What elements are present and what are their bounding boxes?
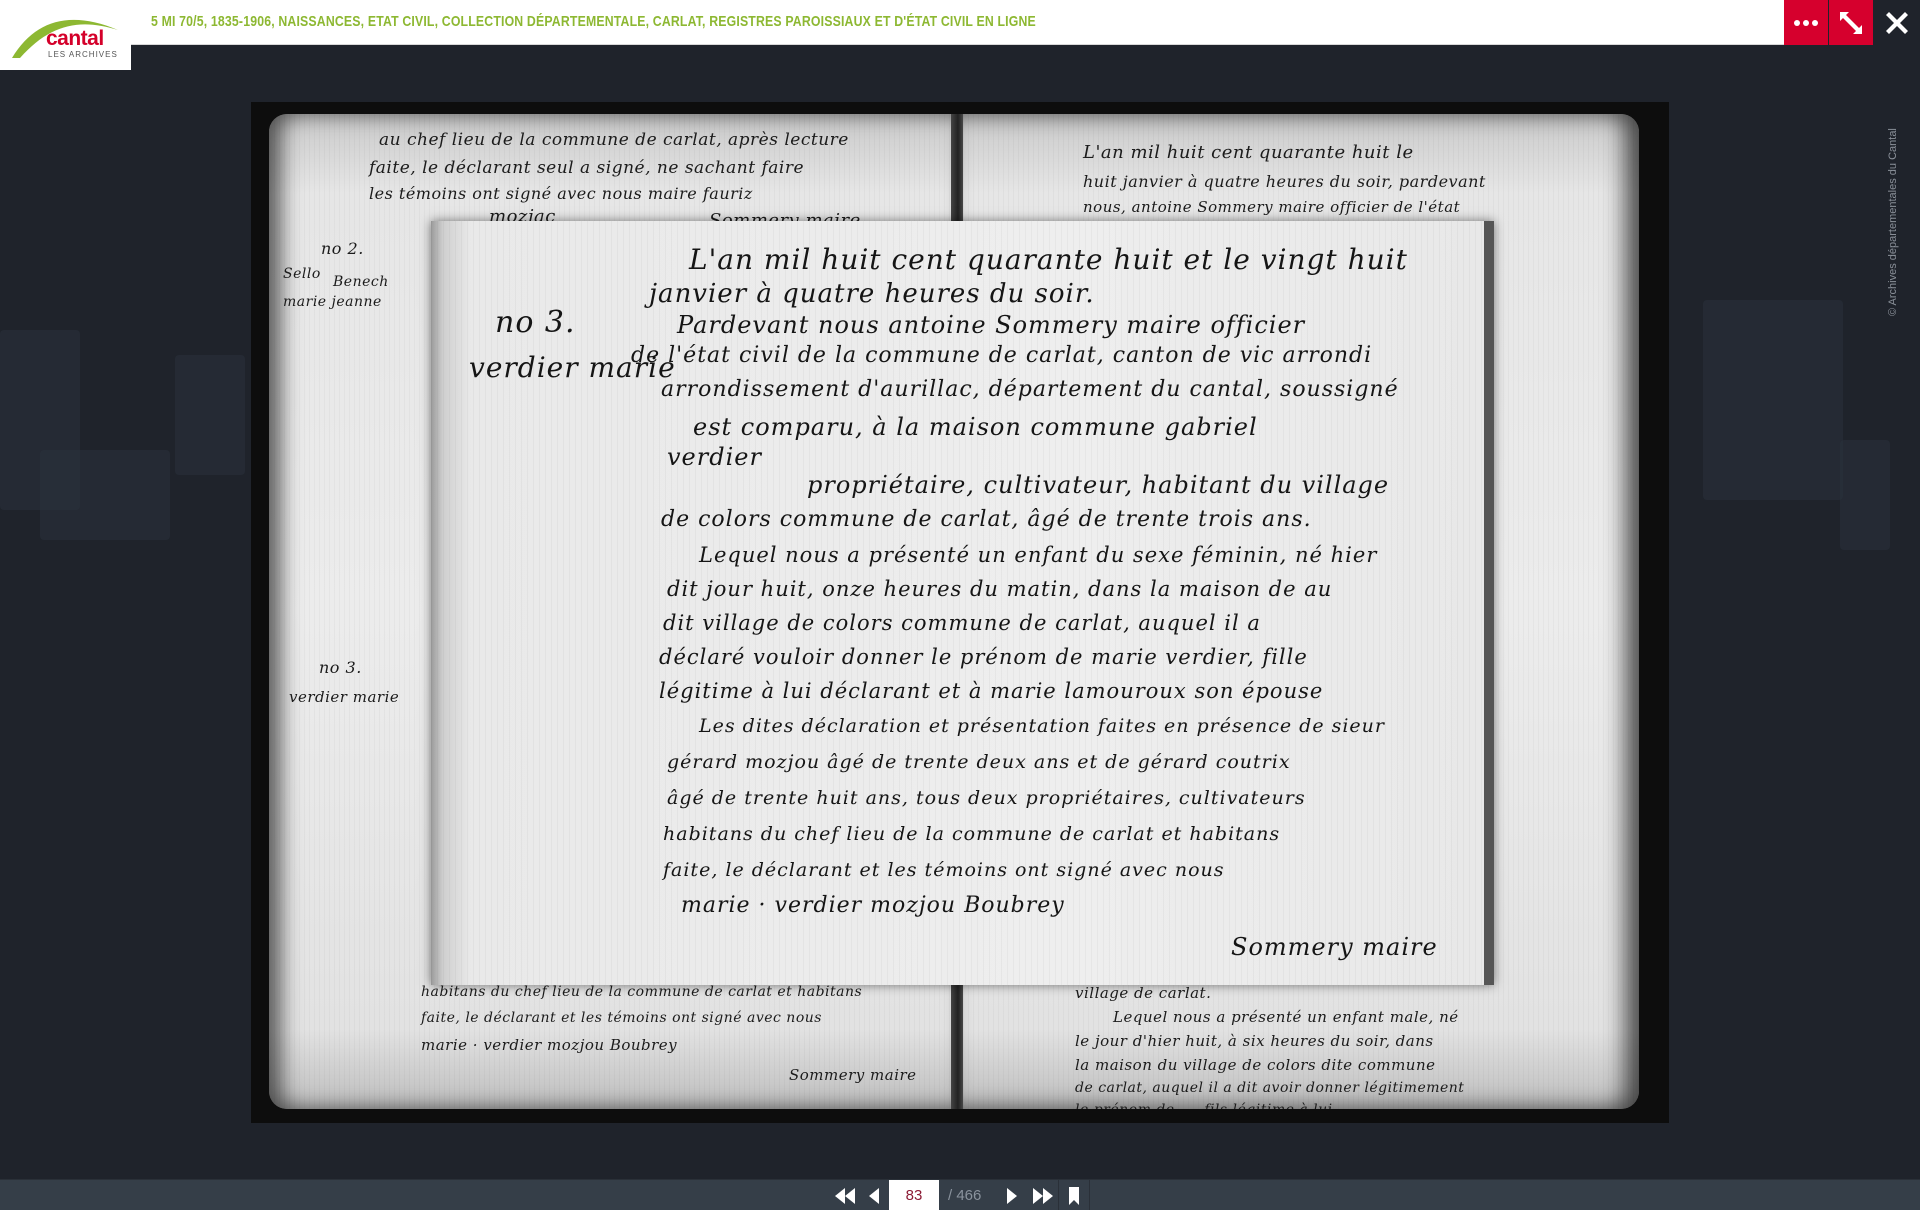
page-total: / 466 — [948, 1187, 981, 1204]
margin-number: no 3. — [495, 305, 576, 340]
background-illustration-right — [1840, 440, 1890, 550]
divider — [1089, 1180, 1090, 1210]
transcript-line: Pardevant nous antoine Sommery maire off… — [677, 311, 1305, 339]
transcript-line: arrondissement d'aurillac, département d… — [661, 377, 1399, 402]
last-page-button[interactable] — [1028, 1180, 1058, 1210]
background-illustration-playing-card — [1703, 300, 1843, 500]
handwriting-line: faite, le déclarant seul a signé, ne sac… — [369, 158, 804, 178]
page-number-input[interactable] — [889, 1180, 939, 1210]
transcript-line: Lequel nous a présenté un enfant du sexe… — [699, 543, 1377, 567]
previous-page-icon — [867, 1187, 881, 1205]
fullscreen-icon — [1837, 9, 1865, 37]
handwriting-line: de carlat, auquel il a dit avoir donner … — [1075, 1080, 1464, 1096]
transcript-line: verdier — [667, 443, 762, 471]
margin-note: no 3. — [319, 658, 362, 677]
margin-note: Sello — [283, 266, 321, 282]
handwriting-line: marie · verdier mozjou Boubrey — [421, 1036, 677, 1054]
transcript-line: de l'état civil de la commune de carlat,… — [631, 343, 1372, 368]
close-icon — [1885, 11, 1909, 35]
handwriting-line: le prénom de ..., fils légitime à lui — [1075, 1102, 1333, 1109]
handwriting-line: nous, antoine Sommery maire officier de … — [1083, 198, 1460, 216]
transcript-line: est comparu, à la maison commune gabriel — [693, 413, 1258, 441]
transcript-line: de colors commune de carlat, âgé de tren… — [661, 507, 1312, 532]
document-title: 5 MI 70/5, 1835-1906, NAISSANCES, ETAT C… — [151, 13, 1036, 30]
handwriting-line: Sommery maire — [789, 1066, 917, 1084]
transcript-line: faite, le déclarant et les témoins ont s… — [663, 859, 1225, 881]
logo-wordmark: cantal — [46, 27, 104, 51]
fullscreen-button[interactable] — [1829, 0, 1873, 45]
margin-note: marie jeanne — [283, 294, 382, 310]
more-options-icon — [1794, 20, 1818, 26]
handwriting-line: le jour d'hier huit, à six heures du soi… — [1075, 1032, 1434, 1050]
pagination-bar: / 466 — [0, 1179, 1920, 1210]
handwriting-line: habitans du chef lieu de la commune de c… — [421, 984, 862, 1000]
transcript-line: Sommery maire — [1231, 933, 1438, 961]
handwriting-line: huit janvier à quatre heures du soir, pa… — [1083, 172, 1486, 191]
transcript-line: déclaré vouloir donner le prénom de mari… — [659, 645, 1308, 669]
divider — [1058, 1180, 1059, 1210]
background-illustration-organ — [175, 355, 245, 475]
close-button[interactable] — [1874, 0, 1920, 45]
transcript-line: gérard mozjou âgé de trente deux ans et … — [667, 751, 1291, 773]
bookmark-button[interactable] — [1062, 1180, 1086, 1210]
background-illustration-building — [40, 450, 170, 540]
margin-note: verdier marie — [289, 688, 399, 706]
margin-note: no 2. — [321, 239, 364, 258]
handwriting-line: village de carlat. — [1075, 984, 1211, 1002]
transcript-line: janvier à quatre heures du soir. — [649, 279, 1095, 309]
transcript-line: habitans du chef lieu de la commune de c… — [663, 823, 1280, 845]
previous-page-button[interactable] — [862, 1180, 886, 1210]
transcript-line: légitime à lui déclarant et à marie lamo… — [659, 679, 1323, 703]
more-options-button[interactable] — [1784, 0, 1828, 45]
first-page-icon — [833, 1187, 857, 1205]
margin-note: Benech — [333, 274, 389, 290]
handwriting-line: faite, le déclarant et les témoins ont s… — [421, 1010, 822, 1026]
transcript-line: âgé de trente huit ans, tous deux propri… — [667, 787, 1306, 809]
transcript-line: L'an mil huit cent quarante huit et le v… — [689, 243, 1408, 276]
transcript-line: marie · verdier mozjou Boubrey — [681, 893, 1065, 918]
bookmark-icon — [1068, 1186, 1080, 1206]
handwriting-line: Lequel nous a présenté un enfant male, n… — [1113, 1008, 1459, 1026]
handwriting-line: les témoins ont signé avec nous maire fa… — [369, 184, 753, 203]
handwriting-line: L'an mil huit cent quarante huit le — [1083, 142, 1414, 163]
magnifier-overlay[interactable]: no 3. verdier marie L'an mil huit cent q… — [431, 221, 1494, 985]
transcript-line: dit jour huit, onze heures du matin, dan… — [667, 577, 1332, 601]
next-page-button[interactable] — [1000, 1180, 1024, 1210]
logo-subtitle: LES ARCHIVES — [48, 50, 118, 59]
header-bar: 5 MI 70/5, 1835-1906, NAISSANCES, ETAT C… — [0, 0, 1784, 45]
site-logo[interactable]: cantal LES ARCHIVES — [0, 0, 131, 70]
last-page-icon — [1031, 1187, 1055, 1205]
transcript-line: propriétaire, cultivateur, habitant du v… — [807, 471, 1389, 499]
handwriting-line: la maison du village de colors dite comm… — [1075, 1056, 1436, 1074]
transcript-line: dit village de colors commune de carlat,… — [663, 611, 1261, 635]
handwriting-line: au chef lieu de la commune de carlat, ap… — [379, 130, 849, 150]
first-page-button[interactable] — [830, 1180, 860, 1210]
copyright-notice: © Archives départementales du Cantal — [1887, 128, 1899, 316]
transcript-line: Les dites déclaration et présentation fa… — [699, 715, 1385, 737]
next-page-icon — [1005, 1187, 1019, 1205]
